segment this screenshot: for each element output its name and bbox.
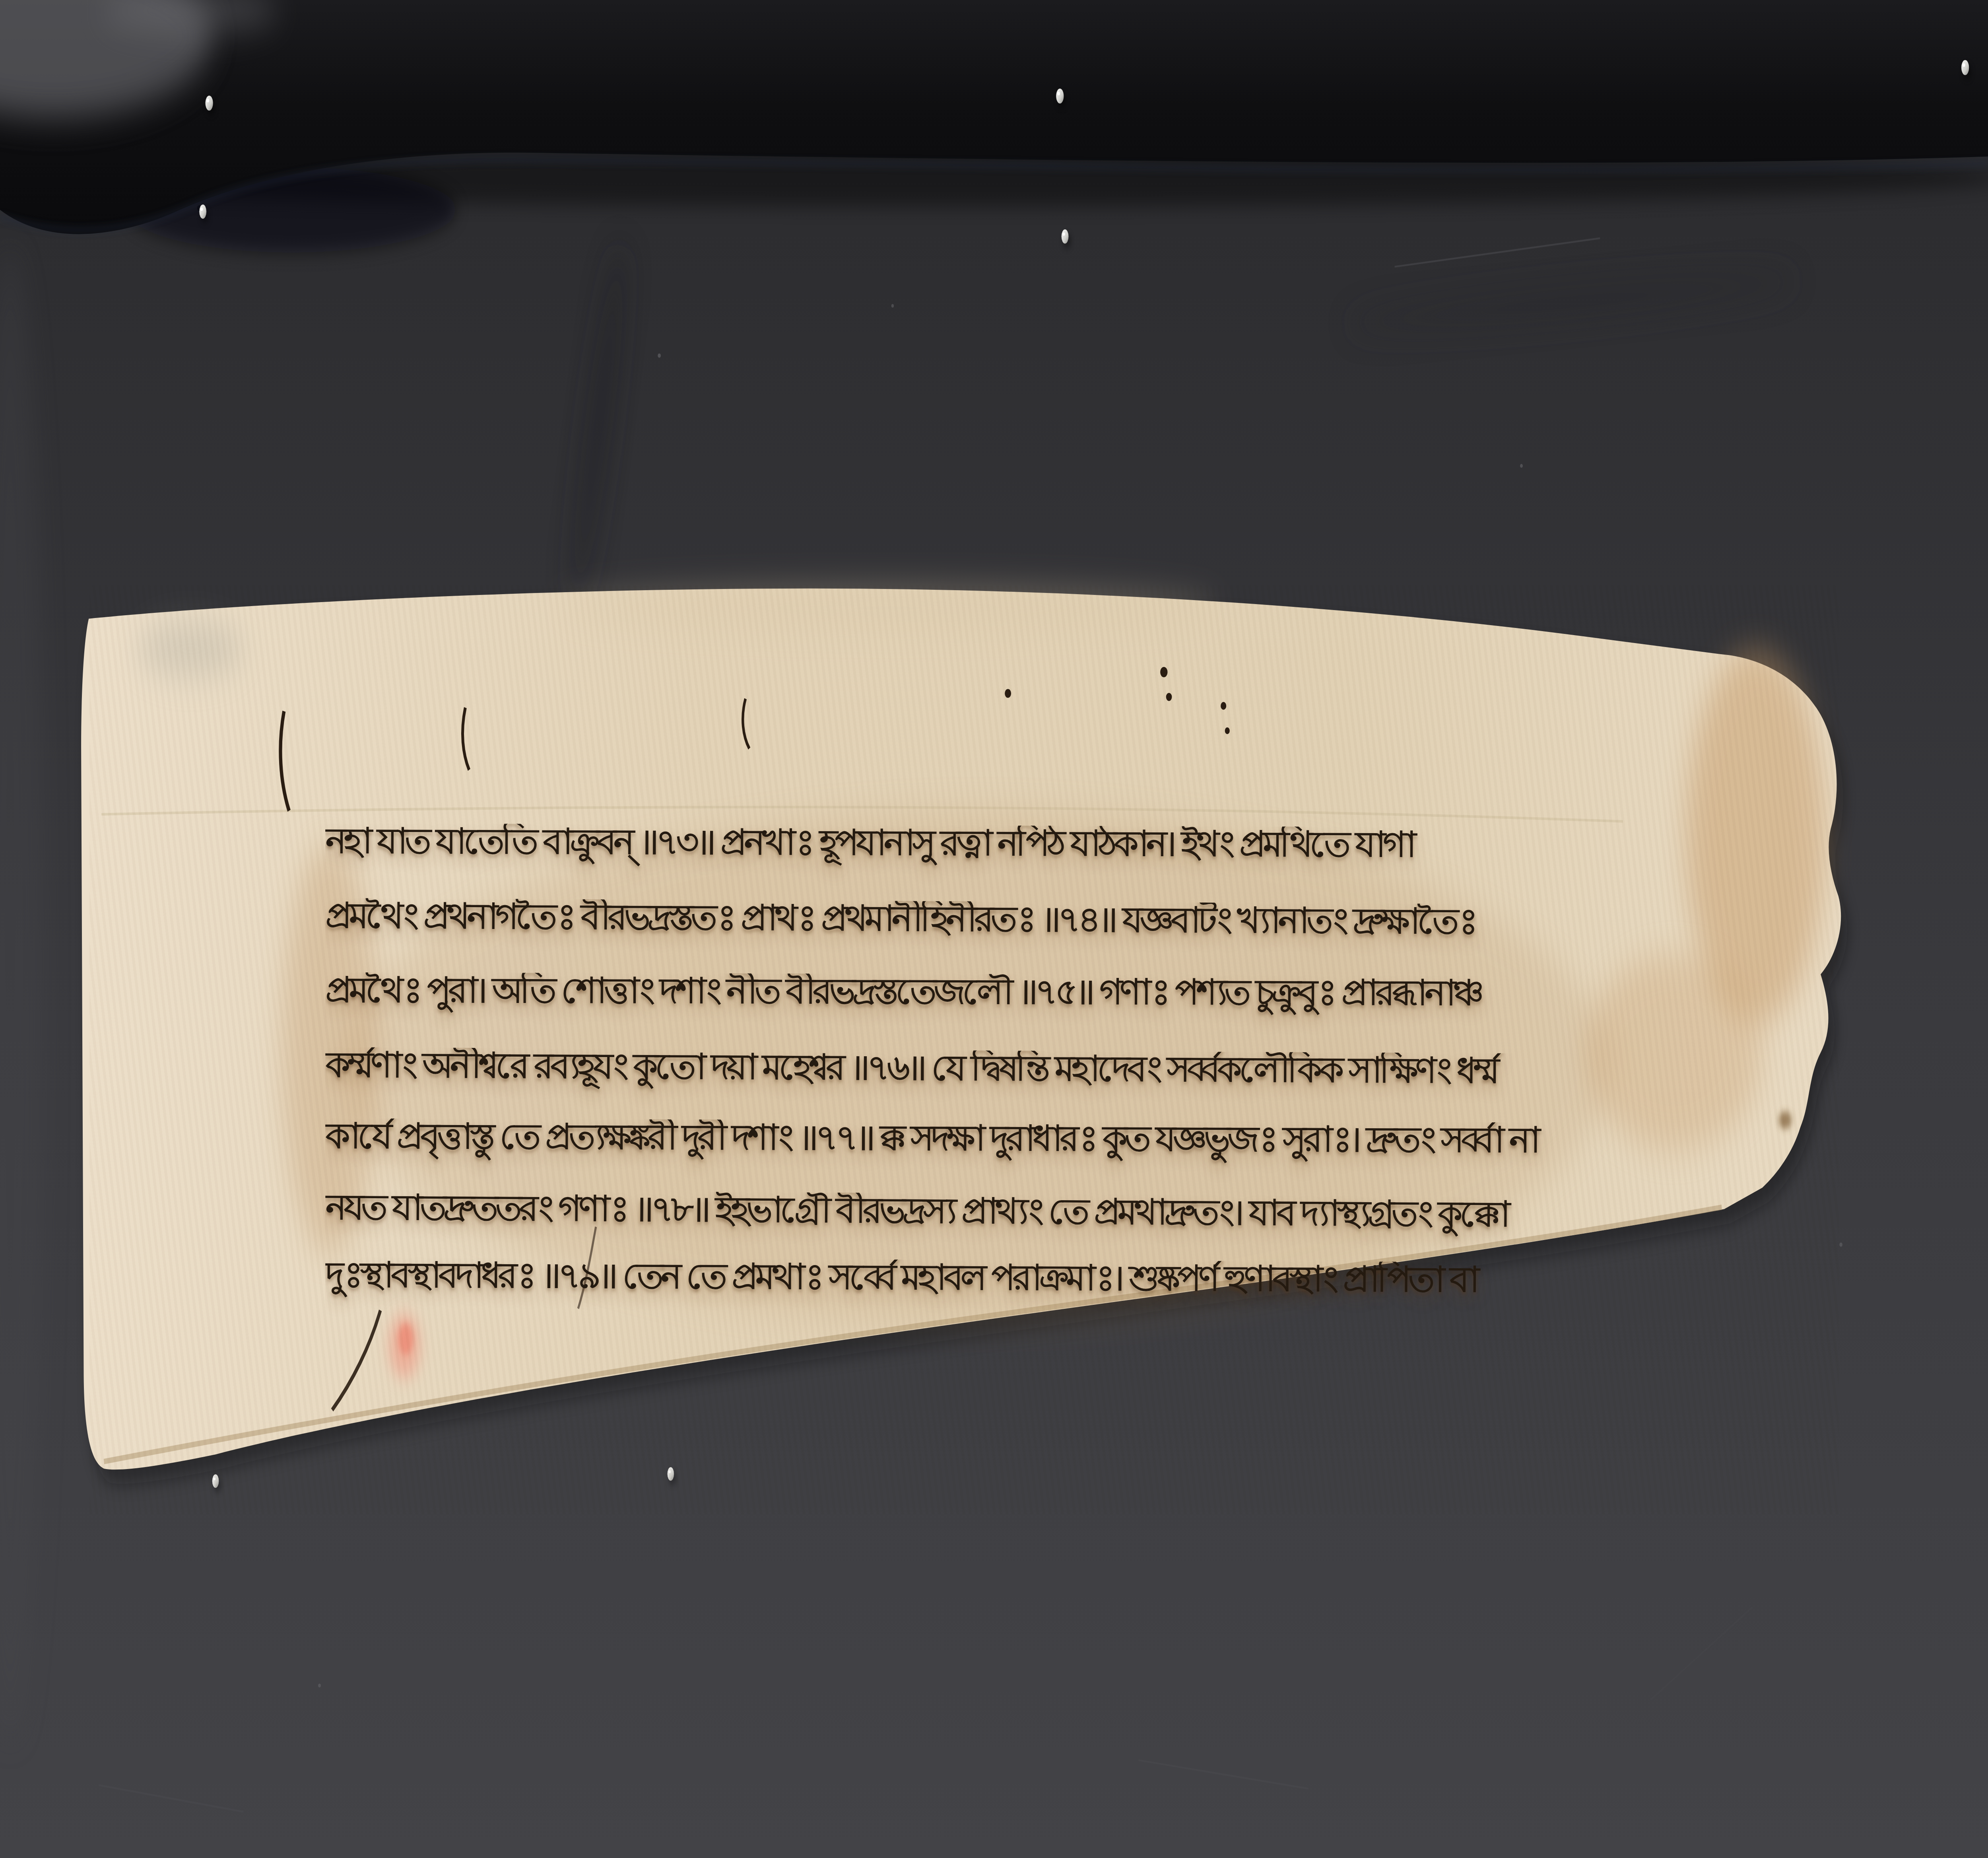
manuscript-text-block: নহা যাত যাতেতি বাক্রুবন্ ॥৭৩॥ প্রনখাঃ হূ… [0, 0, 1988, 1858]
manuscript-line-4: কর্ম্মণাং অনীশ্বরে রব্যহূযং কুতো দয়া মহ… [325, 1047, 1631, 1119]
manuscript-line-2: প্রমথৈং প্রথনাগতৈঃ বীরভদ্রস্ততঃ প্রাথঃ প… [325, 898, 1631, 970]
manuscript-line-7: দুঃস্থাবস্থাবদাধরঃ ॥৭৯॥ তেন তে প্রমথাঃ স… [325, 1257, 1631, 1328]
manuscript-line-5: কার্যে প্রবৃত্তাস্তু তে প্রত্যক্ষঙ্করী দ… [325, 1118, 1631, 1188]
manuscript-line-1: নহা যাত যাতেতি বাক্রুবন্ ॥৭৩॥ প্রনখাঃ হূ… [325, 823, 1631, 893]
manuscript-photo: নহা যাত যাতেতি বাক্রুবন্ ॥৭৩॥ প্রনখাঃ হূ… [0, 0, 1988, 1858]
manuscript-line-6: নযত যাতদ্রুততরং গণাঃ ॥৭৮॥ ইহভাগ্রৌ বীরভদ… [325, 1189, 1631, 1263]
manuscript-line-3: প্রমথৈঃ পুরা। অতি শোত্তাং দশাং নীত বীরভদ… [325, 972, 1631, 1041]
